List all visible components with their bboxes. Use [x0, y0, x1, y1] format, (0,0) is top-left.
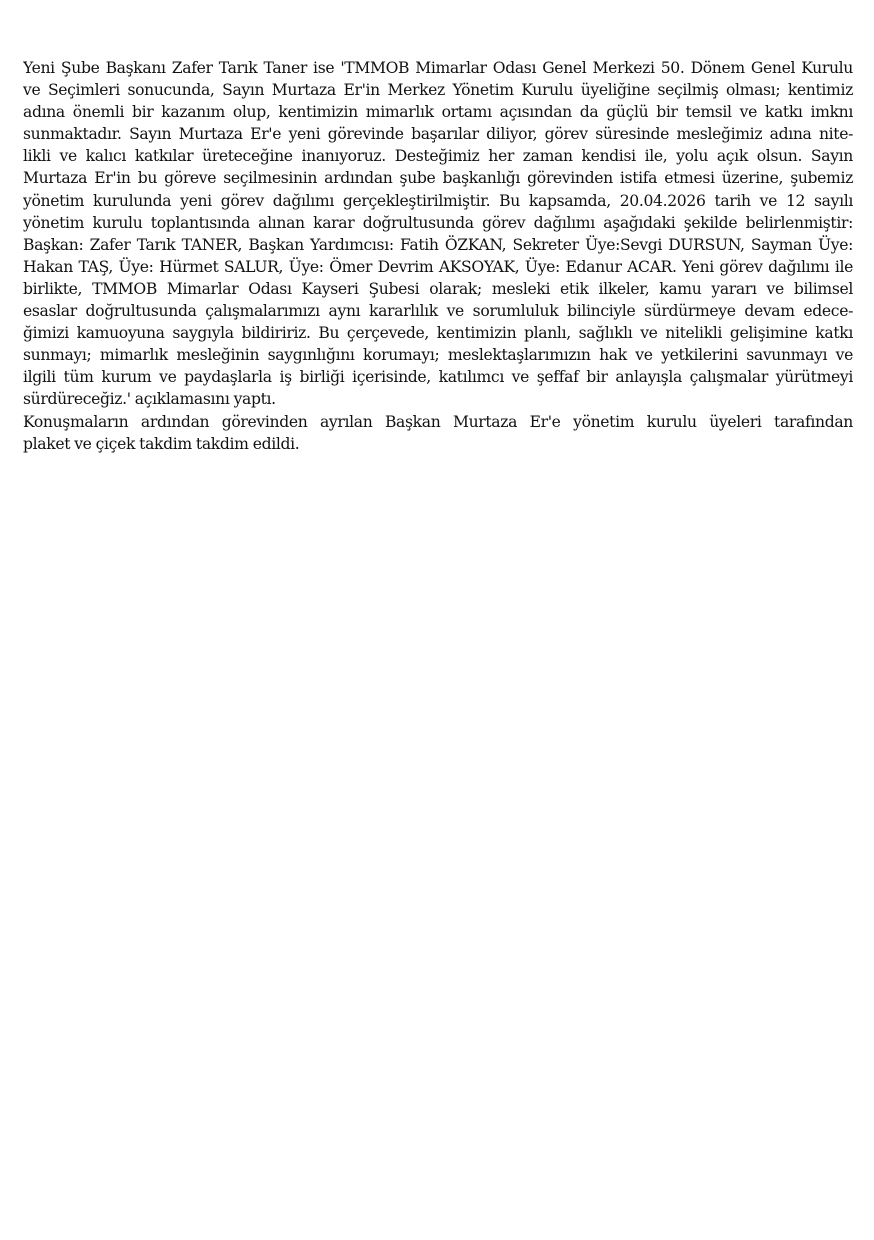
text-line: ilgili tüm kurum ve paydaşlarla iş birli… — [23, 366, 853, 388]
text-line: adına önemli bir kazanım olup, kentimizi… — [23, 101, 853, 123]
text-line: Hakan TAŞ, Üye: Hürmet SALUR, Üye: Ömer … — [23, 256, 853, 278]
paragraph-statement: Yeni Şube Başkanı Zafer Tarık Taner ise … — [23, 57, 853, 411]
text-line: sunmaktadır. Sayın Murtaza Er'e yeni gör… — [23, 123, 853, 145]
text-line: esaslar doğrultusunda çalışmalarımızı ay… — [23, 300, 853, 322]
paragraph-closing: Konuşmaların ardından görevinden ayrılan… — [23, 411, 853, 455]
text-line: ğimizi kamuoyuna saygıyla bildiririz. Bu… — [23, 322, 853, 344]
text-line: sunmayı; mimarlık mesleğinin saygınlığın… — [23, 344, 853, 366]
document-page: Yeni Şube Başkanı Zafer Tarık Taner ise … — [23, 57, 853, 455]
text-line: Yeni Şube Başkanı Zafer Tarık Taner ise … — [23, 57, 853, 79]
text-line: ve Seçimleri sonucunda, Sayın Murtaza Er… — [23, 79, 853, 101]
text-line: Murtaza Er'in bu göreve seçilmesinin ard… — [23, 167, 853, 189]
text-line: Başkan: Zafer Tarık TANER, Başkan Yardım… — [23, 234, 853, 256]
text-line: Konuşmaların ardından görevinden ayrılan… — [23, 411, 853, 433]
text-line: sürdüreceğiz.' açıklamasını yaptı. — [23, 388, 853, 410]
text-line: birlikte, TMMOB Mimarlar Odası Kayseri Ş… — [23, 278, 853, 300]
text-line: yönetim kurulu toplantısında alınan kara… — [23, 212, 853, 234]
text-line: likli ve kalıcı katkılar üreteceğine ina… — [23, 145, 853, 167]
text-line: plaket ve çiçek takdim takdim edildi. — [23, 433, 853, 455]
text-line: yönetim kurulunda yeni görev dağılımı ge… — [23, 190, 853, 212]
